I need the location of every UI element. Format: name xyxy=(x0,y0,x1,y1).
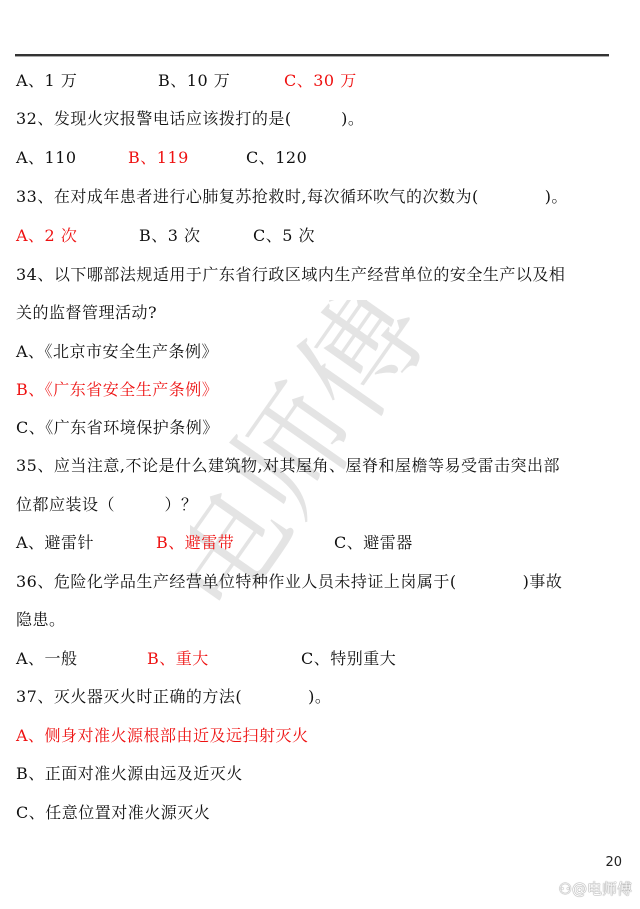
q32-text: 32、发现火灾报警电话应该拨打的是( )。 xyxy=(16,109,364,129)
q37-option-c: C、任意位置对准火源灭火 xyxy=(16,803,210,823)
q37-option-a-correct: A、侧身对准火源根部由近及远扫射灭火 xyxy=(16,726,309,746)
q32-option-c: C、120 xyxy=(246,148,307,168)
q33-option-b: B、3 次 xyxy=(139,226,201,246)
q32-option-a: A、110 xyxy=(16,148,77,168)
q31-option-c-correct: C、30 万 xyxy=(284,71,357,91)
credit-watermark: ⚇@电师傅 xyxy=(559,878,632,899)
q34-text-line2: 关的监督管理活动? xyxy=(16,303,157,323)
q34-text-line1: 34、以下哪部法规适用于广东省行政区域内生产经营单位的安全生产以及相 xyxy=(16,265,565,285)
q31-option-b: B、10 万 xyxy=(158,71,230,91)
q35-option-a: A、避雷针 xyxy=(16,533,94,553)
q34-option-a: A、《北京市安全生产条例》 xyxy=(16,342,218,362)
q33-option-c: C、5 次 xyxy=(253,226,315,246)
q31-option-a: A、1 万 xyxy=(16,71,77,91)
q37-text: 37、灭火器灭火时正确的方法( )。 xyxy=(16,687,331,707)
q36-option-a: A、一般 xyxy=(16,649,78,669)
q35-option-b-correct: B、避雷带 xyxy=(156,533,234,553)
q37-option-b: B、正面对准火源由远及近灭火 xyxy=(16,764,243,784)
q35-option-c: C、避雷器 xyxy=(334,533,413,553)
q32-option-b-correct: B、119 xyxy=(128,148,189,168)
q35-text-line2: 位都应装设（ ）？ xyxy=(16,495,198,515)
q36-option-c: C、特别重大 xyxy=(301,649,396,669)
q34-option-b-correct: B、《广东省安全生产条例》 xyxy=(16,380,218,400)
page-number: 20 xyxy=(605,855,622,870)
q33-option-a-correct: A、2 次 xyxy=(16,226,77,246)
q36-text-line1: 36、危险化学品生产经营单位特种作业人员未持证上岗属于( )事故 xyxy=(16,572,562,592)
q36-text-line2: 隐患。 xyxy=(16,610,66,630)
q35-text-line1: 35、应当注意,不论是什么建筑物,对其屋角、屋脊和屋檐等易受雷击突出部 xyxy=(16,456,560,476)
q34-option-c: C、《广东省环境保护条例》 xyxy=(16,418,219,438)
q33-text: 33、在对成年患者进行心肺复苏抢救时,每次循环吹气的次数为( )。 xyxy=(16,187,568,207)
header-rule xyxy=(15,54,609,57)
q36-option-b-correct: B、重大 xyxy=(147,649,209,669)
